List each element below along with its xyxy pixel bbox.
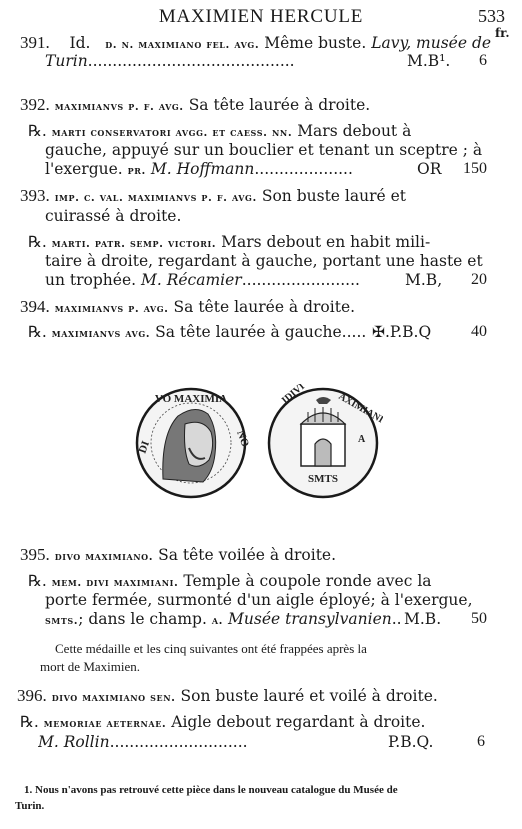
- svg-text:VO MAXIMIA: VO MAXIMIA: [155, 393, 227, 405]
- entry-number: 394.: [20, 297, 50, 316]
- obverse-text: Sa tête laurée à droite.: [174, 298, 356, 316]
- reverse-mark: ℞.: [28, 572, 47, 590]
- obverse-legend: divo maximiano.: [55, 550, 153, 563]
- reverse-mark: ℞.: [20, 713, 39, 731]
- leader-dots: ....................: [254, 160, 353, 178]
- grade: OR: [417, 160, 441, 178]
- price: 40: [471, 323, 487, 341]
- coin-reverse-icon: SMTS A IDIVI AXIMIANI: [269, 384, 383, 497]
- obverse-text: Sa tête laurée à droite.: [189, 96, 371, 114]
- obverse-legend: maximianvs p. avg.: [55, 302, 169, 315]
- source: M. Récamier: [141, 271, 242, 289]
- reverse-text: Temple à coupole ronde avec la: [183, 572, 431, 590]
- note-line-1: Cette médaille et les cinq suivantes ont…: [55, 641, 367, 657]
- reverse-mark: ℞.: [28, 122, 47, 140]
- grade: M.B¹.: [407, 52, 450, 70]
- reverse-text-2: porte fermée, surmonté d'un aigle éployé…: [45, 591, 473, 609]
- coin-illustration: VO MAXIMIA DI NO SMTS A IDIVI AXIMIANI: [133, 384, 383, 502]
- reverse-legend: marti. patr. semp. victori.: [52, 237, 216, 250]
- price: 50: [471, 610, 487, 628]
- reverse-text-3: ; dans le champ.: [78, 610, 207, 628]
- source: Musée transylvanien: [228, 610, 392, 628]
- note-line-2: mort de Maximien.: [40, 659, 140, 675]
- price: 6: [479, 52, 487, 70]
- reverse-text-3: un trophée.: [45, 271, 136, 289]
- reverse-text: Mars debout à: [297, 122, 411, 140]
- footnote-line-2: Turin.: [15, 799, 44, 813]
- reverse-text: Sa tête laurée à gauche: [155, 323, 342, 341]
- entry-number: 395.: [20, 545, 50, 564]
- reverse-text-2: taire à droite, regardant à gauche, port…: [45, 252, 483, 270]
- reverse-legend: maximianvs avg.: [52, 327, 150, 340]
- source: Lavy, musée de: [371, 34, 491, 52]
- reverse-text: Mars debout en habit mili-: [221, 233, 430, 251]
- obverse-legend: imp. c. val. maximianvs p. f. avg.: [55, 191, 257, 204]
- reverse-text-3: l'exergue.: [45, 160, 123, 178]
- entry-number: 391.: [20, 33, 50, 52]
- reverse-legend: memoriae aeternae.: [44, 717, 167, 730]
- obverse-prefix: Id.: [69, 34, 90, 52]
- obverse-text: Même buste.: [264, 34, 366, 52]
- price: 20: [471, 271, 487, 289]
- grade: ✠.P.B.Q: [372, 323, 431, 341]
- source-cont: Turin: [45, 52, 88, 70]
- page-title: MAXIMIEN HERCULE: [0, 6, 522, 28]
- source: M. Rollin: [38, 733, 110, 751]
- price: 6: [477, 733, 485, 751]
- reverse-legend: marti conservatori avgg. et caess. nn.: [52, 126, 292, 139]
- leader-dots: ........................................…: [88, 52, 295, 70]
- obverse-legend: maximianvs p. f. avg.: [55, 100, 184, 113]
- grade: M.B.: [404, 610, 441, 628]
- svg-text:SMTS: SMTS: [308, 473, 338, 485]
- obverse-legend: d. n. maximiano fel. avg.: [105, 38, 259, 51]
- leader-dots: .....: [342, 323, 367, 341]
- page-number: 533: [478, 6, 505, 27]
- exergue-mark: pr.: [128, 164, 146, 177]
- reverse-text-2: gauche, appuyé sur un bouclier et tenant…: [45, 141, 482, 159]
- obverse-text: Son buste lauré et: [262, 187, 406, 205]
- reverse-mark: ℞.: [28, 233, 47, 251]
- leader-dots: .. .: [392, 610, 400, 628]
- leader-dots: ........................: [242, 271, 360, 289]
- coin-obverse-reverse-image: VO MAXIMIA DI NO SMTS A IDIVI AXIMIANI: [133, 384, 383, 502]
- grade: M.B,: [405, 271, 442, 289]
- obverse-text: Son buste lauré et voilé à droite.: [181, 687, 438, 705]
- grade: P.B.Q.: [388, 733, 433, 751]
- svg-text:A: A: [358, 434, 366, 445]
- footnote-line-1: 1. Nous n'avons pas retrouvé cette pièce…: [24, 783, 398, 797]
- entry-number: 393.: [20, 186, 50, 205]
- obverse-legend: divo maximiano sen.: [52, 691, 176, 704]
- reverse-mark: ℞.: [28, 323, 47, 341]
- obverse-text: Sa tête voilée à droite.: [158, 546, 336, 564]
- leader-dots: ............................: [110, 733, 248, 751]
- field-mark: a.: [212, 614, 223, 627]
- coin-obverse-icon: VO MAXIMIA DI NO: [137, 389, 252, 497]
- reverse-legend: mem. divi maximiani.: [52, 576, 179, 589]
- reverse-text: Aigle debout regardant à droite.: [171, 713, 425, 731]
- exergue-mark: smts.: [45, 614, 78, 627]
- entry-number: 392.: [20, 95, 50, 114]
- price: 150: [463, 160, 487, 178]
- source: M. Hoffmann: [151, 160, 254, 178]
- currency-unit: fr.: [495, 26, 510, 40]
- entry-number: 396.: [17, 686, 47, 705]
- obverse-text-2: cuirassé à droite.: [45, 207, 181, 225]
